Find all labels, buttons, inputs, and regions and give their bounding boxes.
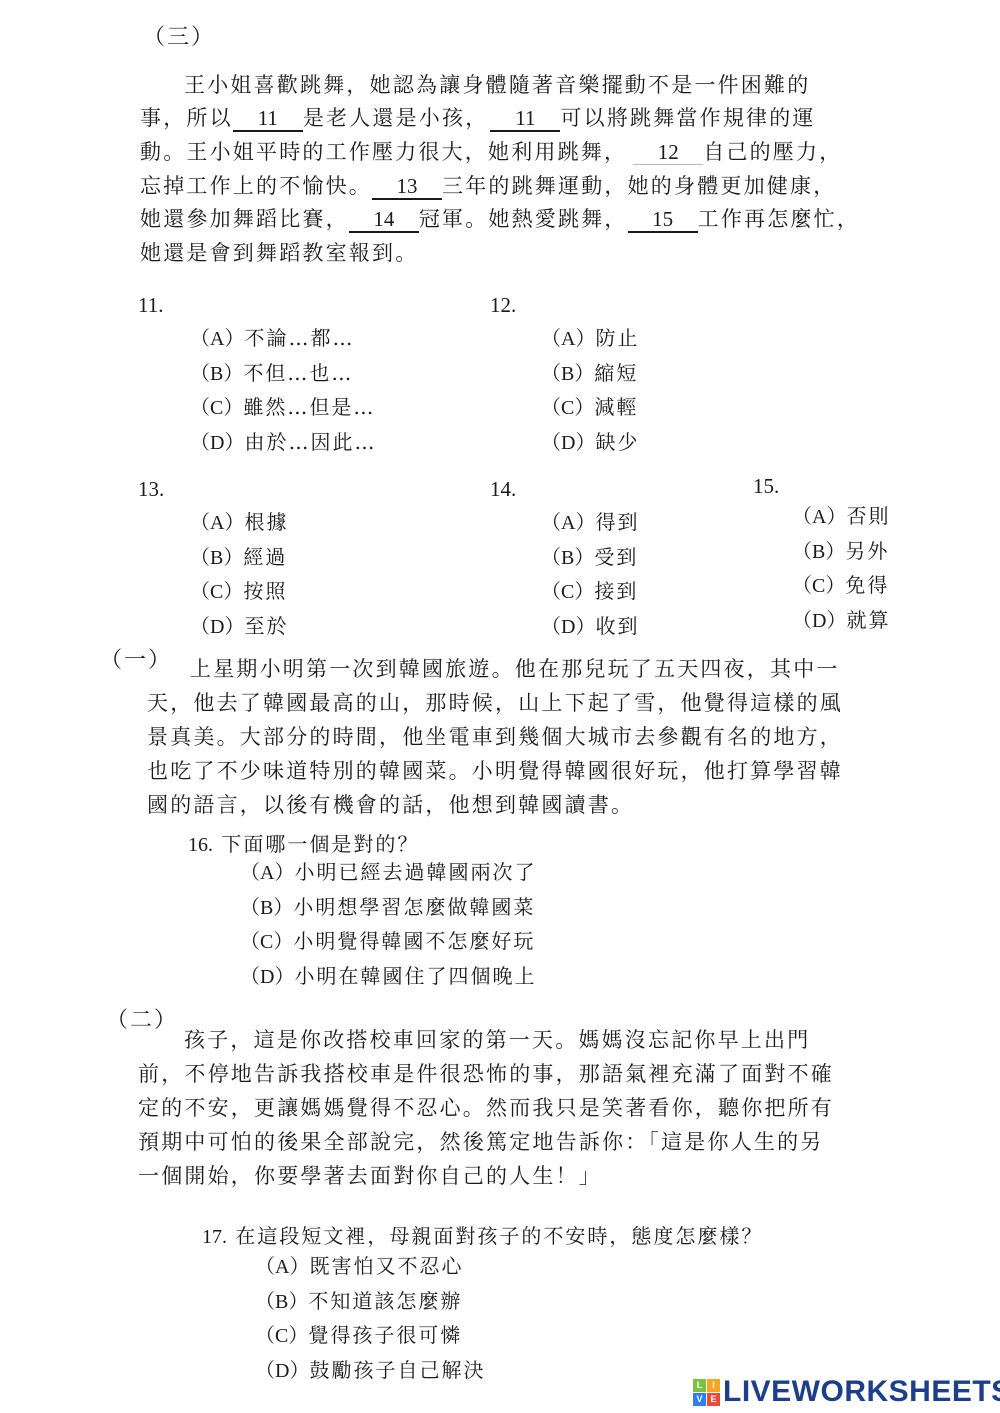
option-16-a[interactable]: （A）小明已經去過韓國兩次了 xyxy=(240,856,536,891)
passage-3-line-1: 王小姐喜歡跳舞，她認為讓身體隨著音樂擺動不是一件困難的 xyxy=(184,68,810,102)
passage-1-line-4: 也吃了不少味道特別的韓國菜。小明覺得韓國很好玩，他打算學習韓 xyxy=(147,754,843,788)
passage-2-line-3: 定的不安，更讓媽媽覺得不忍心。然而我只是笑著看你，聽你把所有 xyxy=(138,1091,834,1125)
question-11-number: 11. xyxy=(138,293,163,318)
option-12-b[interactable]: （B）縮短 xyxy=(541,357,639,392)
passage-2-line-1: 孩子，這是你改搭校車回家的第一天。媽媽沒忘記你早上出門 xyxy=(184,1023,810,1057)
question-15-number: 15. xyxy=(753,474,779,499)
option-15-d[interactable]: （D）就算 xyxy=(792,604,890,639)
option-14-b[interactable]: （B）受到 xyxy=(541,541,639,576)
logo-blocks-icon: L I V E xyxy=(693,1379,720,1406)
option-14-a[interactable]: （A）得到 xyxy=(541,506,639,541)
option-13-b[interactable]: （B）經過 xyxy=(190,541,288,576)
question-17-prompt: 17. 在這段短文裡，母親面對孩子的不安時，態度怎麼樣？ xyxy=(202,1220,763,1249)
logo-block-v: V xyxy=(693,1393,706,1406)
question-16-prompt: 16. 下面哪一個是對的？ xyxy=(188,828,419,857)
question-17-options: （A）既害怕又不忍心 （B）不知道該怎麼辦 （C）覺得孩子很可憐 （D）鼓勵孩子… xyxy=(255,1250,485,1388)
option-17-c[interactable]: （C）覺得孩子很可憐 xyxy=(255,1319,485,1354)
option-15-b[interactable]: （B）另外 xyxy=(792,535,890,570)
option-16-d[interactable]: （D）小明在韓國住了四個晚上 xyxy=(240,960,536,995)
passage-3-line-2: 事，所以11是老人還是小孩，11可以將跳舞當作規律的運 xyxy=(140,101,816,135)
passage-3-line-5: 她還參加舞蹈比賽，14冠軍。她熱愛跳舞，15工作再怎麼忙， xyxy=(140,202,860,236)
question-14-options: （A）得到 （B）受到 （C）接到 （D）收到 xyxy=(541,506,639,644)
passage-2-line-2: 前，不停地告訴我搭校車是件很恐怖的事，那語氣裡充滿了面對不確 xyxy=(138,1057,834,1091)
section-1-label: （一） xyxy=(100,643,172,674)
option-13-d[interactable]: （D）至於 xyxy=(190,610,288,645)
question-11-options: （A）不論…都… （B）不但…也… （C）雖然…但是… （D）由於…因此… xyxy=(190,322,376,460)
blank-13[interactable]: 13 xyxy=(372,174,442,200)
blank-11a[interactable]: 11 xyxy=(233,106,303,132)
question-15-options: （A）否則 （B）另外 （C）免得 （D）就算 xyxy=(792,500,890,638)
question-14-number: 14. xyxy=(490,477,516,502)
option-13-a[interactable]: （A）根據 xyxy=(190,506,288,541)
option-12-a[interactable]: （A）防止 xyxy=(541,322,639,357)
logo-block-l: L xyxy=(693,1379,706,1392)
blank-11b[interactable]: 11 xyxy=(490,106,560,132)
option-11-b[interactable]: （B）不但…也… xyxy=(190,357,376,392)
option-15-c[interactable]: （C）免得 xyxy=(792,569,890,604)
section-2-label: （二） xyxy=(106,1003,178,1034)
option-17-b[interactable]: （B）不知道該怎麼辦 xyxy=(255,1285,485,1320)
option-11-d[interactable]: （D）由於…因此… xyxy=(190,426,376,461)
option-16-b[interactable]: （B）小明想學習怎麼做韓國菜 xyxy=(240,891,536,926)
option-13-c[interactable]: （C）按照 xyxy=(190,575,288,610)
option-17-a[interactable]: （A）既害怕又不忍心 xyxy=(255,1250,485,1285)
option-12-d[interactable]: （D）缺少 xyxy=(541,426,639,461)
passage-1-line-2: 天，他去了韓國最高的山，那時候，山上下起了雪，他覺得這樣的風 xyxy=(147,686,843,720)
option-14-d[interactable]: （D）收到 xyxy=(541,610,639,645)
option-16-c[interactable]: （C）小明覺得韓國不怎麼好玩 xyxy=(240,925,536,960)
passage-2-line-5: 一個開始，你要學著去面對你自己的人生！」 xyxy=(138,1159,602,1193)
logo-block-e: E xyxy=(707,1393,720,1406)
logo-text: LIVEWORKSHEETS xyxy=(723,1375,1000,1409)
passage-1-line-5: 國的語言，以後有機會的話，他想到韓國讀書。 xyxy=(147,788,634,822)
question-12-number: 12. xyxy=(490,293,516,318)
passage-3-line-6: 她還是會到舞蹈教室報到。 xyxy=(140,236,418,270)
question-13-options: （A）根據 （B）經過 （C）按照 （D）至於 xyxy=(190,506,288,644)
question-12-options: （A）防止 （B）縮短 （C）減輕 （D）缺少 xyxy=(541,322,639,460)
passage-2-line-4: 預期中可怕的後果全部說完，然後篤定地告訴你：「這是你人生的另 xyxy=(138,1125,824,1159)
passage-1-line-1: 上星期小明第一次到韓國旅遊。他在那兒玩了五天四夜，其中一 xyxy=(190,652,840,686)
option-14-c[interactable]: （C）接到 xyxy=(541,575,639,610)
blank-12[interactable]: 12 xyxy=(633,140,703,165)
option-17-d[interactable]: （D）鼓勵孩子自己解決 xyxy=(255,1354,485,1389)
option-11-c[interactable]: （C）雖然…但是… xyxy=(190,391,376,426)
question-16-options: （A）小明已經去過韓國兩次了 （B）小明想學習怎麼做韓國菜 （C）小明覺得韓國不… xyxy=(240,856,536,994)
option-12-c[interactable]: （C）減輕 xyxy=(541,391,639,426)
logo-block-i: I xyxy=(707,1379,720,1392)
blank-15[interactable]: 15 xyxy=(628,207,698,233)
blank-14[interactable]: 14 xyxy=(349,207,419,233)
liveworksheets-logo: L I V E LIVEWORKSHEETS xyxy=(693,1375,1000,1409)
passage-1-line-3: 景真美。大部分的時間，他坐電車到幾個大城市去參觀有名的地方， xyxy=(147,720,843,754)
option-15-a[interactable]: （A）否則 xyxy=(792,500,890,535)
option-11-a[interactable]: （A）不論…都… xyxy=(190,322,376,357)
section-3-label: （三） xyxy=(143,20,215,51)
passage-3-line-3: 動。王小姐平時的工作壓力很大，她利用跳舞，12自己的壓力， xyxy=(140,135,842,169)
question-13-number: 13. xyxy=(138,477,164,502)
passage-3-line-4: 忘掉工作上的不愉快。13三年的跳舞運動，她的身體更加健康， xyxy=(140,169,836,203)
